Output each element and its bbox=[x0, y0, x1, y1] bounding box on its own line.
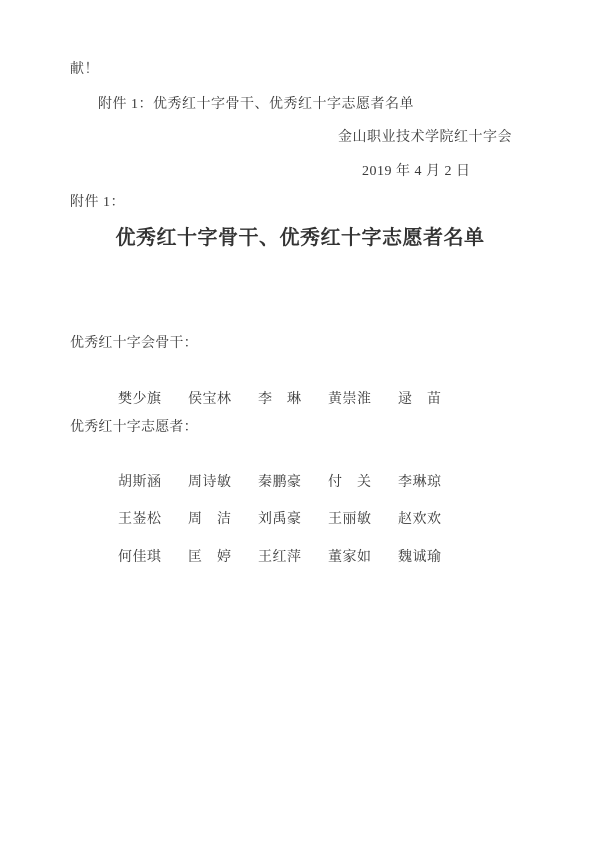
name-item: 李 琳 bbox=[258, 388, 328, 408]
name-item: 周诗敏 bbox=[188, 471, 258, 491]
document-title: 优秀红十字骨干、优秀红十字志愿者名单 bbox=[0, 221, 600, 250]
name-item: 王丽敏 bbox=[328, 508, 398, 528]
document-page: 献！ 附件 1：优秀红十字骨干、优秀红十字志愿者名单 金山职业技术学院红十字会 … bbox=[0, 0, 600, 848]
signature-date: 2019 年 4 月 2 日 bbox=[362, 164, 471, 180]
name-item: 樊少旗 bbox=[118, 388, 188, 408]
name-item: 魏诚瑜 bbox=[398, 546, 442, 566]
name-item: 秦鹏豪 bbox=[258, 471, 328, 491]
name-item: 黄崇淮 bbox=[328, 388, 398, 408]
name-item: 李琳琼 bbox=[398, 471, 442, 491]
name-item: 董家如 bbox=[328, 546, 398, 566]
name-item: 王红萍 bbox=[258, 546, 328, 566]
name-item: 胡斯涵 bbox=[118, 471, 188, 491]
name-item: 何佳琪 bbox=[118, 546, 188, 566]
section-heading-volunteer: 优秀红十字志愿者： bbox=[70, 416, 198, 436]
name-item: 逯 苗 bbox=[398, 388, 442, 408]
name-row-volunteer-3: 何佳琪匡 婷王红萍董家如魏诚瑜 bbox=[102, 530, 442, 582]
name-item: 付 关 bbox=[328, 471, 398, 491]
name-item: 赵欢欢 bbox=[398, 508, 442, 528]
name-item: 周 洁 bbox=[188, 508, 258, 528]
closing-line: 献！ bbox=[70, 62, 99, 78]
name-item: 侯宝林 bbox=[188, 388, 258, 408]
attachment-reference: 附件 1：优秀红十字骨干、优秀红十字志愿者名单 bbox=[98, 97, 414, 113]
name-item: 刘禹豪 bbox=[258, 508, 328, 528]
signature-org: 金山职业技术学院红十字会 bbox=[338, 130, 512, 146]
attachment-label: 附件 1： bbox=[70, 195, 125, 211]
section-heading-backbone: 优秀红十字会骨干： bbox=[70, 332, 198, 352]
name-item: 匡 婷 bbox=[188, 546, 258, 566]
name-item: 王崟松 bbox=[118, 508, 188, 528]
